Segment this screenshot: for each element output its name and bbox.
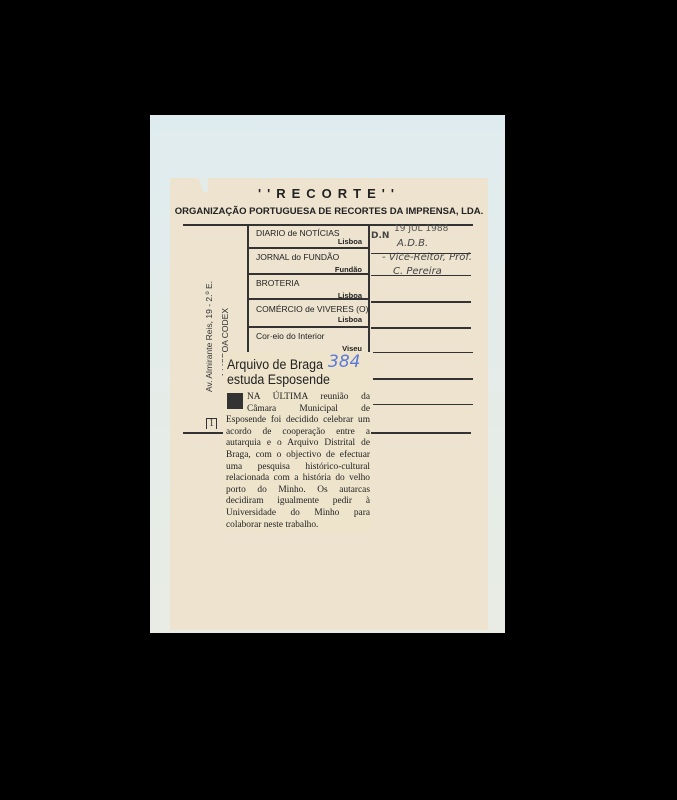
publication-name: JORNAL do FUNDÃO	[256, 252, 339, 262]
publication-city: Lisboa	[338, 315, 362, 324]
address-line-1: Av. Almirante Reis, 19 - 2.º E.	[204, 281, 214, 392]
note-rule	[373, 404, 473, 405]
stamp-marker: D.N	[371, 231, 389, 241]
handwritten-note-3: C. Pereira	[393, 266, 442, 277]
page-number: 1	[206, 418, 217, 429]
note-rule	[371, 432, 471, 434]
publication-city: Lisboa	[338, 237, 362, 246]
publication-row: COMÉRCIO de VIVERES (O) Lisboa	[250, 300, 366, 326]
publication-name: Cor·eio do Interior	[256, 331, 325, 341]
note-rule	[373, 352, 473, 353]
publication-name: BROTERIA	[256, 278, 299, 288]
paragraph-marker-icon	[227, 393, 243, 409]
clipping-headline-line-2: estuda Esposende	[227, 372, 330, 387]
publication-city: Fundão	[335, 265, 362, 274]
publication-row: BROTERIA Lisboa	[250, 274, 366, 298]
clipping-headline: Arquivo de Braga estuda Esposende	[227, 357, 330, 387]
handwritten-note-1: A.D.B.	[397, 238, 428, 249]
note-rule	[371, 301, 471, 303]
clipping-body-container: NA ÚLTIMA reunião da Câmara Municipal de…	[226, 392, 370, 531]
publication-city: Lisboa	[338, 291, 362, 300]
publication-row: DIARIO de NOTÍCIAS Lisboa	[250, 224, 366, 247]
clipping-body: NA ÚLTIMA reunião da Câmara Municipal de…	[226, 392, 370, 530]
handwritten-note-2: - Vice-Reitor, Prof.	[382, 252, 472, 263]
column-divider-left	[247, 224, 249, 354]
publication-row: JORNAL do FUNDÃO Fundão	[250, 248, 366, 273]
publication-row: Cor·eio do Interior Viseu	[250, 327, 366, 352]
handwritten-number: 384	[328, 352, 360, 372]
note-rule	[373, 378, 473, 380]
header-title: ''RECORTE''	[170, 186, 488, 201]
publication-name: COMÉRCIO de VIVERES (O)	[256, 304, 368, 314]
stamp-date: 19 JUL 1988	[394, 224, 448, 234]
header-subtitle: ORGANIZAÇÃO PORTUGUESA DE RECORTES DA IM…	[170, 206, 488, 217]
clipping-headline-line-1: Arquivo de Braga	[227, 357, 330, 372]
note-rule	[371, 327, 471, 329]
column-divider-right	[368, 224, 370, 354]
footer-rule-left	[183, 432, 225, 434]
publication-name: DIARIO de NOTÍCIAS	[256, 228, 340, 238]
